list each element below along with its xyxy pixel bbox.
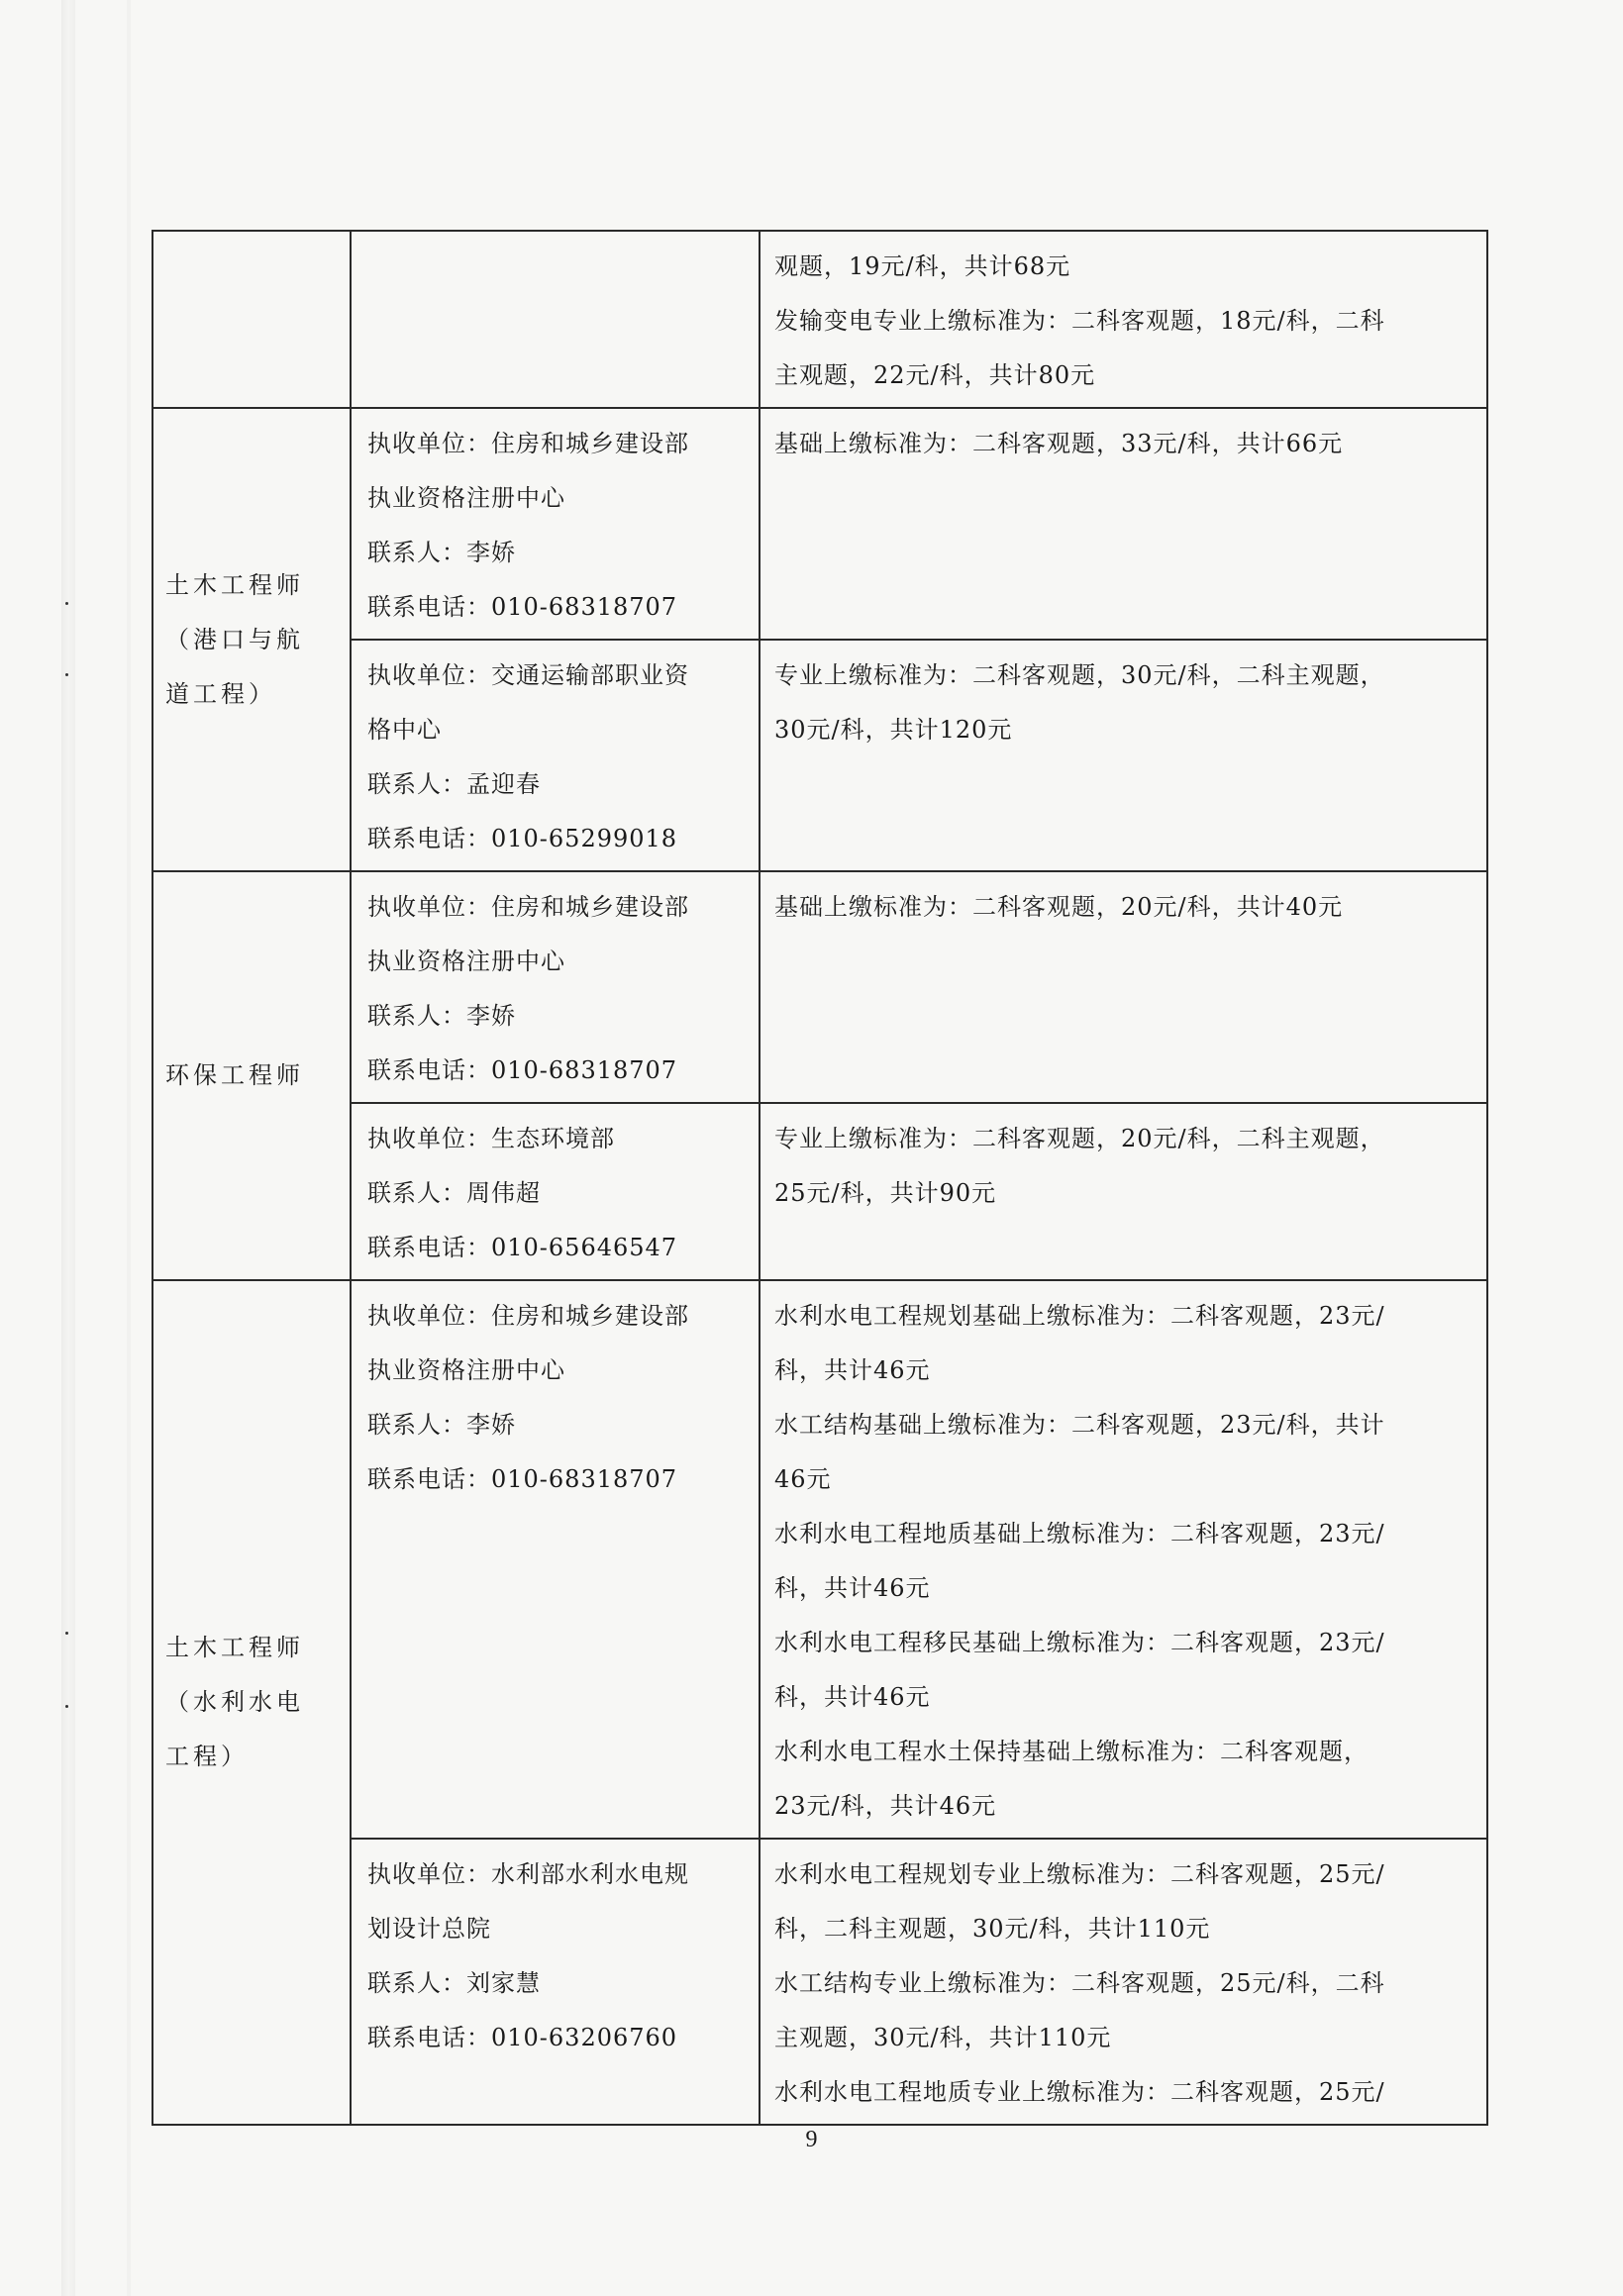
fee-cell: 基础上缴标准为：二科客观题，20元/科，共计40元 bbox=[760, 871, 1487, 1103]
fee-line: 水利水电工程移民基础上缴标准为：二科客观题，23元/ bbox=[774, 1616, 1476, 1670]
fee-cell: 专业上缴标准为：二科客观题，20元/科，二科主观题， 25元/科，共计90元 bbox=[760, 1103, 1487, 1280]
fee-line: 主观题，30元/科，共计110元 bbox=[774, 2011, 1476, 2065]
unit-name: 执收单位：住房和城乡建设部 bbox=[367, 417, 749, 471]
scan-page-edge-shadow bbox=[61, 0, 75, 2296]
fee-line: 25元/科，共计90元 bbox=[774, 1166, 1476, 1221]
unit-cell-empty bbox=[351, 231, 760, 408]
unit-name: 执收单位：住房和城乡建设部 bbox=[367, 1289, 749, 1344]
category-line: 土木工程师 bbox=[165, 1621, 340, 1675]
unit-name: 执收单位：住房和城乡建设部 bbox=[367, 880, 749, 935]
fee-line: 水利水电工程规划基础上缴标准为：二科客观题，23元/ bbox=[774, 1289, 1476, 1344]
category-cell: 环保工程师 bbox=[152, 871, 351, 1280]
fee-cell: 水利水电工程规划基础上缴标准为：二科客观题，23元/ 科，共计46元 水工结构基… bbox=[760, 1280, 1487, 1839]
fee-line: 科，共计46元 bbox=[774, 1561, 1476, 1616]
contact-person: 联系人：李娇 bbox=[367, 1398, 749, 1452]
fee-line: 专业上缴标准为：二科客观题，20元/科，二科主观题， bbox=[774, 1112, 1476, 1166]
fee-cell: 基础上缴标准为：二科客观题，33元/科，共计66元 bbox=[760, 408, 1487, 640]
fee-line: 30元/科，共计120元 bbox=[774, 703, 1476, 757]
scan-speck bbox=[65, 673, 68, 676]
contact-phone: 联系电话：010-68318707 bbox=[367, 580, 749, 635]
unit-cell: 执收单位：交通运输部职业资 格中心 联系人：孟迎春 联系电话：010-65299… bbox=[351, 640, 760, 871]
fee-line: 46元 bbox=[774, 1452, 1476, 1507]
unit-name: 格中心 bbox=[367, 703, 749, 757]
table-row: 执收单位：交通运输部职业资 格中心 联系人：孟迎春 联系电话：010-65299… bbox=[152, 640, 1487, 871]
category-cell: 土木工程师 （水利水电 工程） bbox=[152, 1280, 351, 2125]
contact-phone: 联系电话：010-65646547 bbox=[367, 1221, 749, 1275]
fee-line: 水工结构专业上缴标准为：二科客观题，25元/科，二科 bbox=[774, 1956, 1476, 2011]
fee-line: 科，共计46元 bbox=[774, 1344, 1476, 1398]
fee-line: 水利水电工程水土保持基础上缴标准为：二科客观题， bbox=[774, 1725, 1476, 1779]
unit-name: 执收单位：水利部水利水电规 bbox=[367, 1847, 749, 1902]
unit-name: 执收单位：生态环境部 bbox=[367, 1112, 749, 1166]
category-line: 环保工程师 bbox=[165, 1048, 340, 1103]
page-number: 9 bbox=[0, 2127, 1623, 2153]
contact-person: 联系人：李娇 bbox=[367, 989, 749, 1044]
category-line: 道工程） bbox=[165, 667, 340, 722]
fee-standards-table: 观题，19元/科，共计68元 发输变电专业上缴标准为：二科客观题，18元/科，二… bbox=[152, 230, 1488, 2126]
table-row: 执收单位：水利部水利水电规 划设计总院 联系人：刘家慧 联系电话：010-632… bbox=[152, 1839, 1487, 2125]
fee-line: 发输变电专业上缴标准为：二科客观题，18元/科，二科 bbox=[774, 294, 1476, 349]
contact-person: 联系人：李娇 bbox=[367, 526, 749, 580]
table-row: 环保工程师 执收单位：住房和城乡建设部 执业资格注册中心 联系人：李娇 联系电话… bbox=[152, 871, 1487, 1103]
contact-phone: 联系电话：010-63206760 bbox=[367, 2011, 749, 2065]
category-cell: 土木工程师 （港口与航 道工程） bbox=[152, 408, 351, 871]
fee-cell: 水利水电工程规划专业上缴标准为：二科客观题，25元/ 科，二科主观题，30元/科… bbox=[760, 1839, 1487, 2125]
unit-name: 执业资格注册中心 bbox=[367, 471, 749, 526]
fee-cell: 专业上缴标准为：二科客观题，30元/科，二科主观题， 30元/科，共计120元 bbox=[760, 640, 1487, 871]
scan-speck bbox=[65, 1705, 68, 1708]
unit-name: 执业资格注册中心 bbox=[367, 935, 749, 989]
category-line: （水利水电 bbox=[165, 1675, 340, 1730]
unit-cell: 执收单位：水利部水利水电规 划设计总院 联系人：刘家慧 联系电话：010-632… bbox=[351, 1839, 760, 2125]
unit-cell: 执收单位：住房和城乡建设部 执业资格注册中心 联系人：李娇 联系电话：010-6… bbox=[351, 408, 760, 640]
contact-phone: 联系电话：010-65299018 bbox=[367, 812, 749, 866]
unit-name: 执收单位：交通运输部职业资 bbox=[367, 649, 749, 703]
fee-line: 科，二科主观题，30元/科，共计110元 bbox=[774, 1902, 1476, 1956]
fee-line: 水工结构基础上缴标准为：二科客观题，23元/科，共计 bbox=[774, 1398, 1476, 1452]
scan-page-edge-line bbox=[127, 0, 131, 2296]
fee-line: 水利水电工程规划专业上缴标准为：二科客观题，25元/ bbox=[774, 1847, 1476, 1902]
fee-line: 水利水电工程地质基础上缴标准为：二科客观题，23元/ bbox=[774, 1507, 1476, 1561]
unit-name: 划设计总院 bbox=[367, 1902, 749, 1956]
category-line: 土木工程师 bbox=[165, 558, 340, 613]
contact-phone: 联系电话：010-68318707 bbox=[367, 1452, 749, 1507]
unit-name: 执业资格注册中心 bbox=[367, 1344, 749, 1398]
unit-cell: 执收单位：生态环境部 联系人：周伟超 联系电话：010-65646547 bbox=[351, 1103, 760, 1280]
unit-cell: 执收单位：住房和城乡建设部 执业资格注册中心 联系人：李娇 联系电话：010-6… bbox=[351, 1280, 760, 1839]
table-row: 土木工程师 （港口与航 道工程） 执收单位：住房和城乡建设部 执业资格注册中心 … bbox=[152, 408, 1487, 640]
fee-line: 科，共计46元 bbox=[774, 1670, 1476, 1725]
fee-line: 基础上缴标准为：二科客观题，20元/科，共计40元 bbox=[774, 880, 1476, 935]
contact-phone: 联系电话：010-68318707 bbox=[367, 1044, 749, 1098]
table-row: 执收单位：生态环境部 联系人：周伟超 联系电话：010-65646547 专业上… bbox=[152, 1103, 1487, 1280]
fee-cell: 观题，19元/科，共计68元 发输变电专业上缴标准为：二科客观题，18元/科，二… bbox=[760, 231, 1487, 408]
scan-speck bbox=[65, 1632, 68, 1635]
category-line: 工程） bbox=[165, 1730, 340, 1784]
fee-line: 水利水电工程地质专业上缴标准为：二科客观题，25元/ bbox=[774, 2065, 1476, 2120]
category-line: （港口与航 bbox=[165, 613, 340, 667]
contact-person: 联系人：刘家慧 bbox=[367, 1956, 749, 2011]
table-row: 土木工程师 （水利水电 工程） 执收单位：住房和城乡建设部 执业资格注册中心 联… bbox=[152, 1280, 1487, 1839]
fee-line: 观题，19元/科，共计68元 bbox=[774, 240, 1476, 294]
fee-line: 23元/科，共计46元 bbox=[774, 1779, 1476, 1834]
fee-line: 主观题，22元/科，共计80元 bbox=[774, 349, 1476, 403]
table-row-continuation: 观题，19元/科，共计68元 发输变电专业上缴标准为：二科客观题，18元/科，二… bbox=[152, 231, 1487, 408]
unit-cell: 执收单位：住房和城乡建设部 执业资格注册中心 联系人：李娇 联系电话：010-6… bbox=[351, 871, 760, 1103]
contact-person: 联系人：周伟超 bbox=[367, 1166, 749, 1221]
contact-person: 联系人：孟迎春 bbox=[367, 757, 749, 812]
category-cell-empty bbox=[152, 231, 351, 408]
fee-line: 基础上缴标准为：二科客观题，33元/科，共计66元 bbox=[774, 417, 1476, 471]
fee-line: 专业上缴标准为：二科客观题，30元/科，二科主观题， bbox=[774, 649, 1476, 703]
scan-speck bbox=[65, 602, 68, 605]
